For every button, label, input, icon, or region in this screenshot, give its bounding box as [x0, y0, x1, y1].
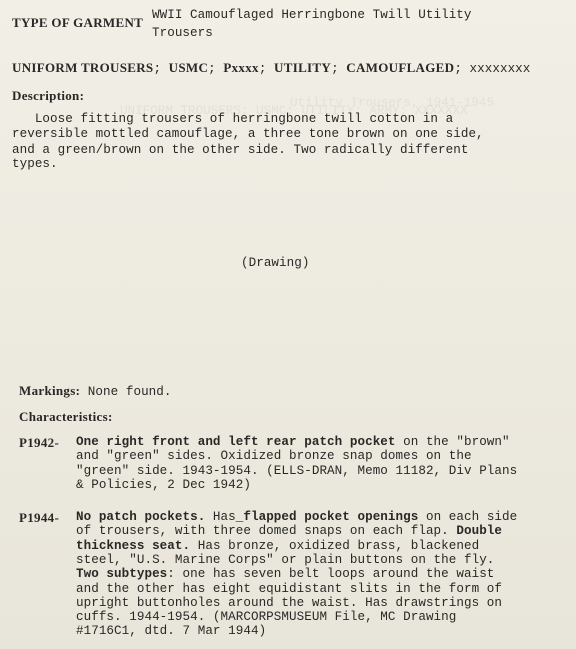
- markings-value: None found.: [80, 385, 171, 399]
- characteristic-line: and "green" sides. Oxidized bronze snap …: [76, 449, 472, 464]
- characteristic-line: upright buttonholes around the waist. Ha…: [76, 596, 502, 611]
- classification-term: Pxxxx: [223, 60, 258, 75]
- classification-term: ; xxxxxxxx: [454, 62, 530, 76]
- characteristic-line: steel, "U.S. Marine Corps" or plain butt…: [76, 553, 494, 568]
- characteristic-line: One right front and left rear patch pock…: [76, 435, 510, 450]
- markings-label: Markings:: [19, 383, 80, 398]
- garment-type-value: WWII Camouflaged Herringbone Twill Utili…: [152, 8, 472, 23]
- characteristic-line: cuffs. 1944-1954. (MARCORPSMUSEUM File, …: [76, 610, 456, 625]
- garment-type-value-cont: Trousers: [152, 26, 213, 41]
- classification-term: CAMOUFLAGED: [346, 60, 454, 75]
- classification-term: UTILITY: [274, 60, 331, 75]
- characteristics-heading: Characteristics:: [19, 409, 113, 424]
- characteristic-line: & Policies, 2 Dec 1942): [76, 478, 251, 493]
- description-line: types.: [12, 157, 58, 172]
- classification-term: USMC: [169, 60, 208, 75]
- classification-line: UNIFORM TROUSERS; USMC; Pxxxx; UTILITY; …: [12, 60, 530, 77]
- markings-line: Markings: None found.: [19, 383, 172, 400]
- classification-term: ;: [259, 62, 274, 76]
- classification-term: UNIFORM TROUSERS: [12, 60, 153, 75]
- characteristic-line: thickness seat. Has bronze, oxidized bra…: [76, 539, 479, 554]
- characteristic-line: "green" side. 1943-1954. (ELLS-DRAN, Mem…: [76, 464, 517, 479]
- classification-term: ;: [331, 62, 346, 76]
- characteristic-line: Two subtypes: one has seven belt loops a…: [76, 567, 494, 582]
- classification-term: ;: [153, 62, 168, 76]
- document-page: Utility Trousers, 1941-1945 UNIFORM TROU…: [0, 0, 576, 649]
- characteristic-line: #1716C1, dtd. 7 Mar 1944): [76, 624, 266, 639]
- characteristic-line: No patch pockets. Has_flapped pocket ope…: [76, 510, 517, 525]
- characteristic-line: and the other has eight equidistant slit…: [76, 582, 502, 597]
- description-heading: Description:: [12, 88, 84, 103]
- pattern-code: P1942-: [19, 435, 59, 450]
- description-line: Loose fitting trousers of herringbone tw…: [12, 112, 453, 127]
- characteristic-line: of trousers, with three domed snaps on e…: [76, 524, 502, 539]
- description-line: reversible mottled camouflage, a three t…: [12, 127, 484, 142]
- classification-term: ;: [208, 62, 223, 76]
- drawing-placeholder: (Drawing): [241, 256, 309, 271]
- description-line: and a green/brown on the other side. Two…: [12, 143, 468, 158]
- pattern-code: P1944-: [19, 510, 59, 525]
- garment-type-label: TYPE OF GARMENT: [12, 15, 143, 30]
